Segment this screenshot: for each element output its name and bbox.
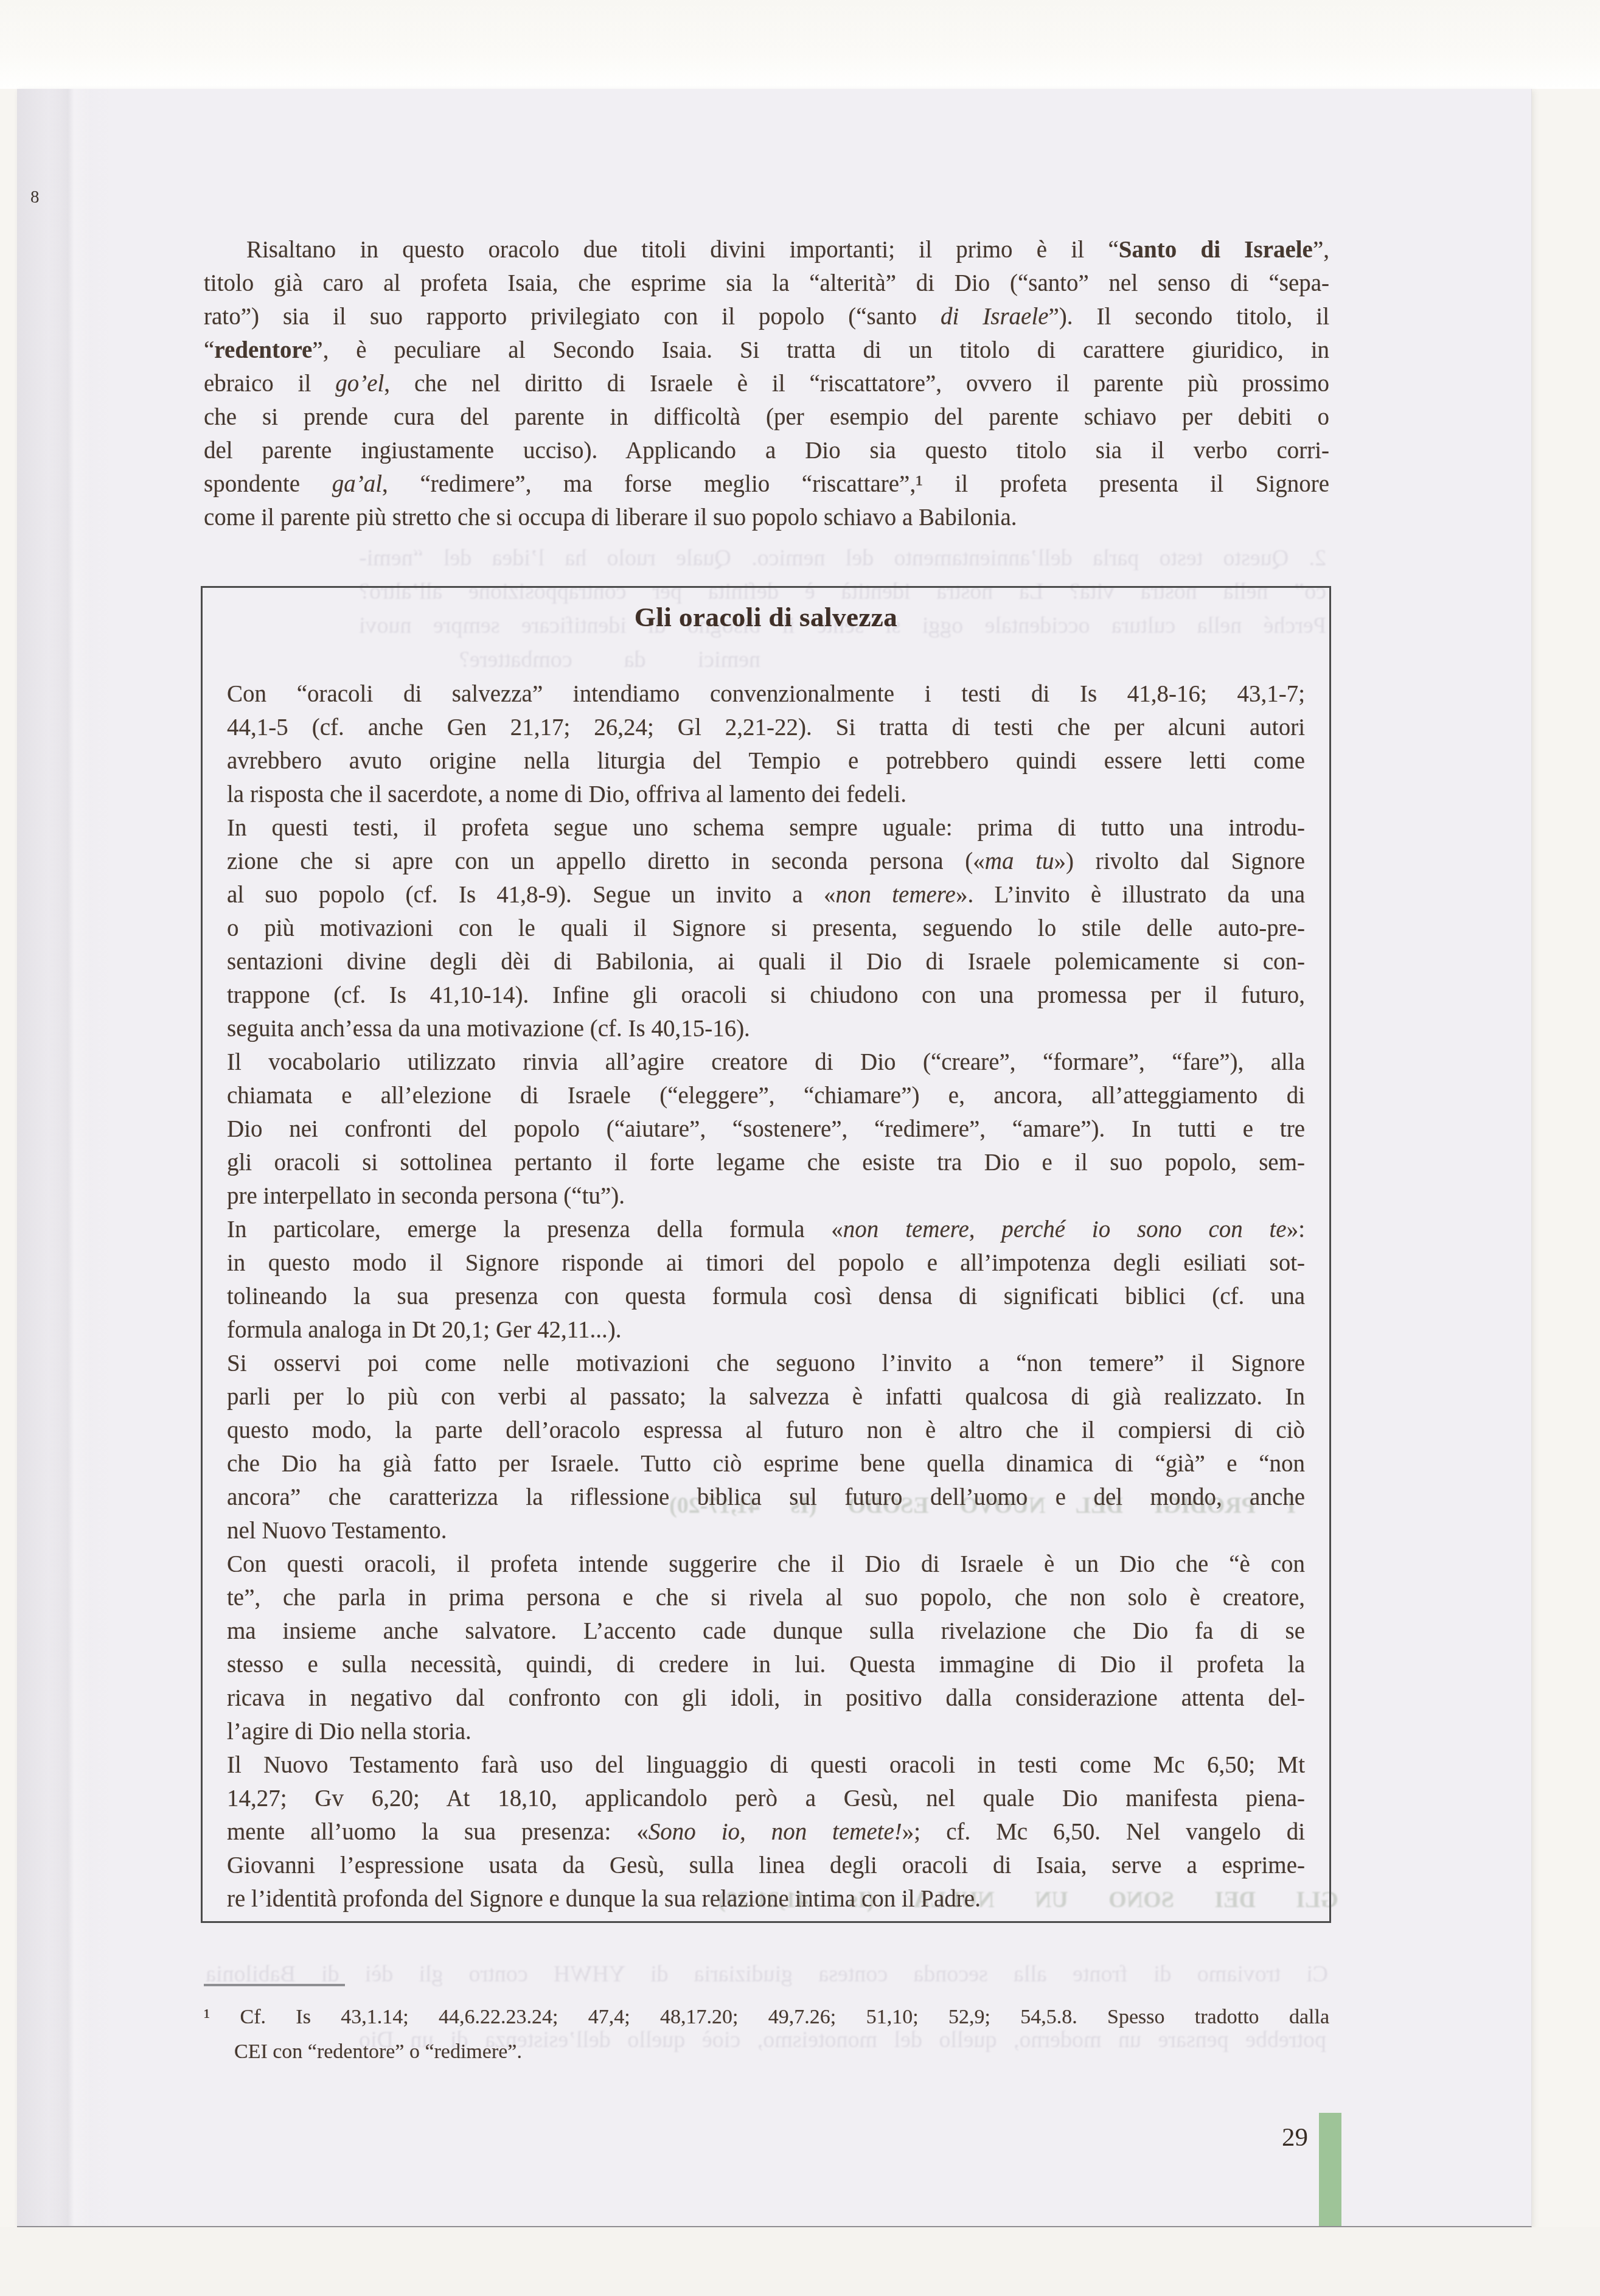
- text-line: o più motivazioni con le quali il Signor…: [227, 912, 1305, 945]
- green-bookmark-bar: [1319, 2113, 1341, 2226]
- text-line: ebraico il go’el, che nel diritto di Isr…: [204, 367, 1329, 400]
- text-line: ancora” che caratterizza la riflessione …: [227, 1481, 1305, 1514]
- text-line: ma insieme anche salvatore. L’accento ca…: [227, 1614, 1305, 1648]
- text-line: ¹ Cf. Is 43,1.14; 44,6.22.23.24; 47,4; 4…: [204, 2000, 1329, 2034]
- text-line: In questi testi, il profeta segue uno sc…: [227, 811, 1305, 845]
- text-line: al suo popolo (cf. Is 41,8-9). Segue un …: [227, 878, 1305, 912]
- text-line: 44,1-5 (cf. anche Gen 21,17; 26,24; Gl 2…: [227, 711, 1305, 744]
- text-line: titolo già caro al profeta Isaia, che es…: [204, 267, 1329, 300]
- text-line: CEI con “redentore” o “redimere”.: [204, 2034, 1329, 2069]
- text-line: del parente ingiustamente ucciso). Appli…: [204, 434, 1329, 467]
- page-fold-crease: [49, 89, 91, 2226]
- text-line: ricava in negativo dal confronto con gli…: [227, 1681, 1305, 1715]
- text-line: In particolare, emerge la presenza della…: [227, 1213, 1305, 1246]
- text-line: Giovanni l’espressione usata da Gesù, su…: [227, 1849, 1305, 1882]
- text-line: zione che si apre con un appello diretto…: [227, 845, 1305, 878]
- text-line: pre interpellato in seconda persona (“tu…: [227, 1179, 1305, 1213]
- text-line: parli per lo più con verbi al passato; l…: [227, 1380, 1305, 1414]
- text-line: seguita anch’essa da una motivazione (cf…: [227, 1012, 1305, 1045]
- text-line: stesso e sulla necessità, quindi, di cre…: [227, 1648, 1305, 1681]
- text-line: re l’identità profonda del Signore e dun…: [227, 1882, 1305, 1916]
- text-line: trappone (cf. Is 41,10-14). Infine gli o…: [227, 979, 1305, 1012]
- text-line: nel Nuovo Testamento.: [227, 1514, 1305, 1548]
- text-line: sentazioni divine degli dèi di Babilonia…: [227, 945, 1305, 979]
- box-body: Con “oracoli di salvezza” intendiamo con…: [227, 677, 1305, 1916]
- footnote: ¹ Cf. Is 43,1.14; 44,6.22.23.24; 47,4; 4…: [204, 2000, 1329, 2069]
- text-line: Risaltano in questo oracolo due titoli d…: [204, 233, 1329, 267]
- text-line: mente all’uomo la sua presenza: «Sono io…: [227, 1815, 1305, 1849]
- text-line: Il Nuovo Testamento farà uso del linguag…: [227, 1748, 1305, 1782]
- text-line: l’agire di Dio nella storia.: [227, 1715, 1305, 1748]
- text-line: rato”) sia il suo rapporto privilegiato …: [204, 300, 1329, 333]
- text-line: spondente ga’al, “redimere”, ma forse me…: [204, 467, 1329, 501]
- scanner-background-top: [0, 0, 1600, 89]
- scanned-book-page: 2. Questo testo parla dell’annientamento…: [0, 0, 1600, 2296]
- text-line: Il vocabolario utilizzato rinvia all’agi…: [227, 1045, 1305, 1079]
- text-line: come il parente più stretto che si occup…: [204, 501, 1329, 534]
- text-line: Con questi oracoli, il profeta intende s…: [227, 1548, 1305, 1581]
- text-line: in questo modo il Signore risponde ai ti…: [227, 1246, 1305, 1280]
- text-line: che si prende cura del parente in diffic…: [204, 400, 1329, 434]
- scanner-background-bottom: [0, 2227, 1600, 2296]
- text-line: te”, che parla in prima persona e che si…: [227, 1581, 1305, 1614]
- text-line: “redentore”, è peculiare al Secondo Isai…: [204, 333, 1329, 367]
- text-line: formula analoga in Dt 20,1; Ger 42,11...…: [227, 1313, 1305, 1347]
- text-line: questo modo, la parte dell’oracolo espre…: [227, 1414, 1305, 1447]
- text-line: avrebbero avuto origine nella liturgia d…: [227, 744, 1305, 778]
- page-number: 29: [1229, 2123, 1308, 2152]
- text-line: la risposta che il sacerdote, a nome di …: [227, 778, 1305, 811]
- margin-page-number: 8: [30, 187, 40, 208]
- text-line: gli oracoli si sottolinea pertanto il fo…: [227, 1146, 1305, 1179]
- text-line: che Dio ha già fatto per Israele. Tutto …: [227, 1447, 1305, 1481]
- text-line: tolineando la sua presenza con questa fo…: [227, 1280, 1305, 1313]
- text-line: Si osservi poi come nelle motivazioni ch…: [227, 1347, 1305, 1380]
- text-line: Dio nei confronti del popolo (“aiutare”,…: [227, 1112, 1305, 1146]
- text-line: chiamata e all’elezione di Israele (“ele…: [227, 1079, 1305, 1112]
- text-line: Con “oracoli di salvezza” intendiamo con…: [227, 677, 1305, 711]
- footnote-rule: [204, 1984, 345, 1986]
- salvezza-box: Gli oracoli di salvezza Con “oracoli di …: [201, 586, 1331, 1923]
- intro-paragraph: Risaltano in questo oracolo due titoli d…: [204, 233, 1329, 534]
- text-line: 14,27; Gv 6,20; At 18,10, applicandolo p…: [227, 1782, 1305, 1815]
- box-title: Gli oracoli di salvezza: [227, 601, 1305, 633]
